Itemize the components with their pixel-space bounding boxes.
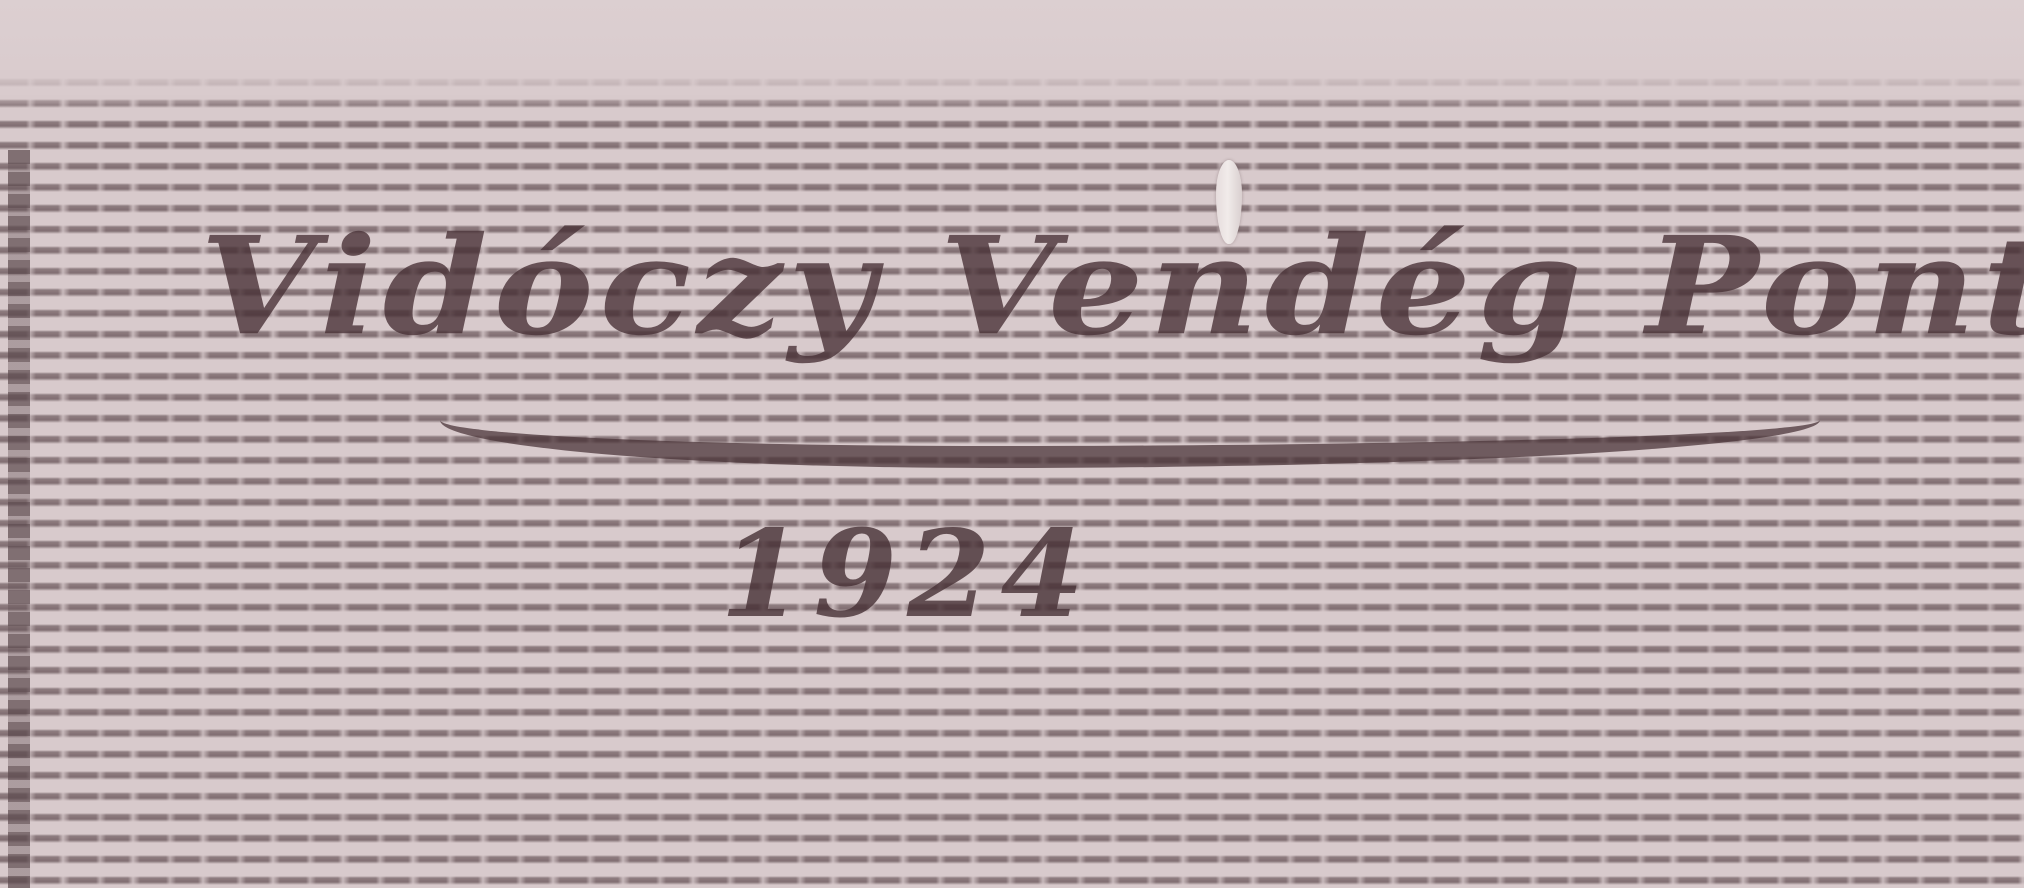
photograph: Vidóczy Vendég Pontes 1924 xyxy=(0,0,2024,888)
crayon-hatching-texture xyxy=(0,70,2024,888)
artist-signature: Vidóczy Vendég Pontes xyxy=(200,210,1840,363)
left-border-stroke xyxy=(8,150,30,888)
signature-year: 1924 xyxy=(720,505,1094,645)
texture-top-edge xyxy=(0,70,2024,110)
